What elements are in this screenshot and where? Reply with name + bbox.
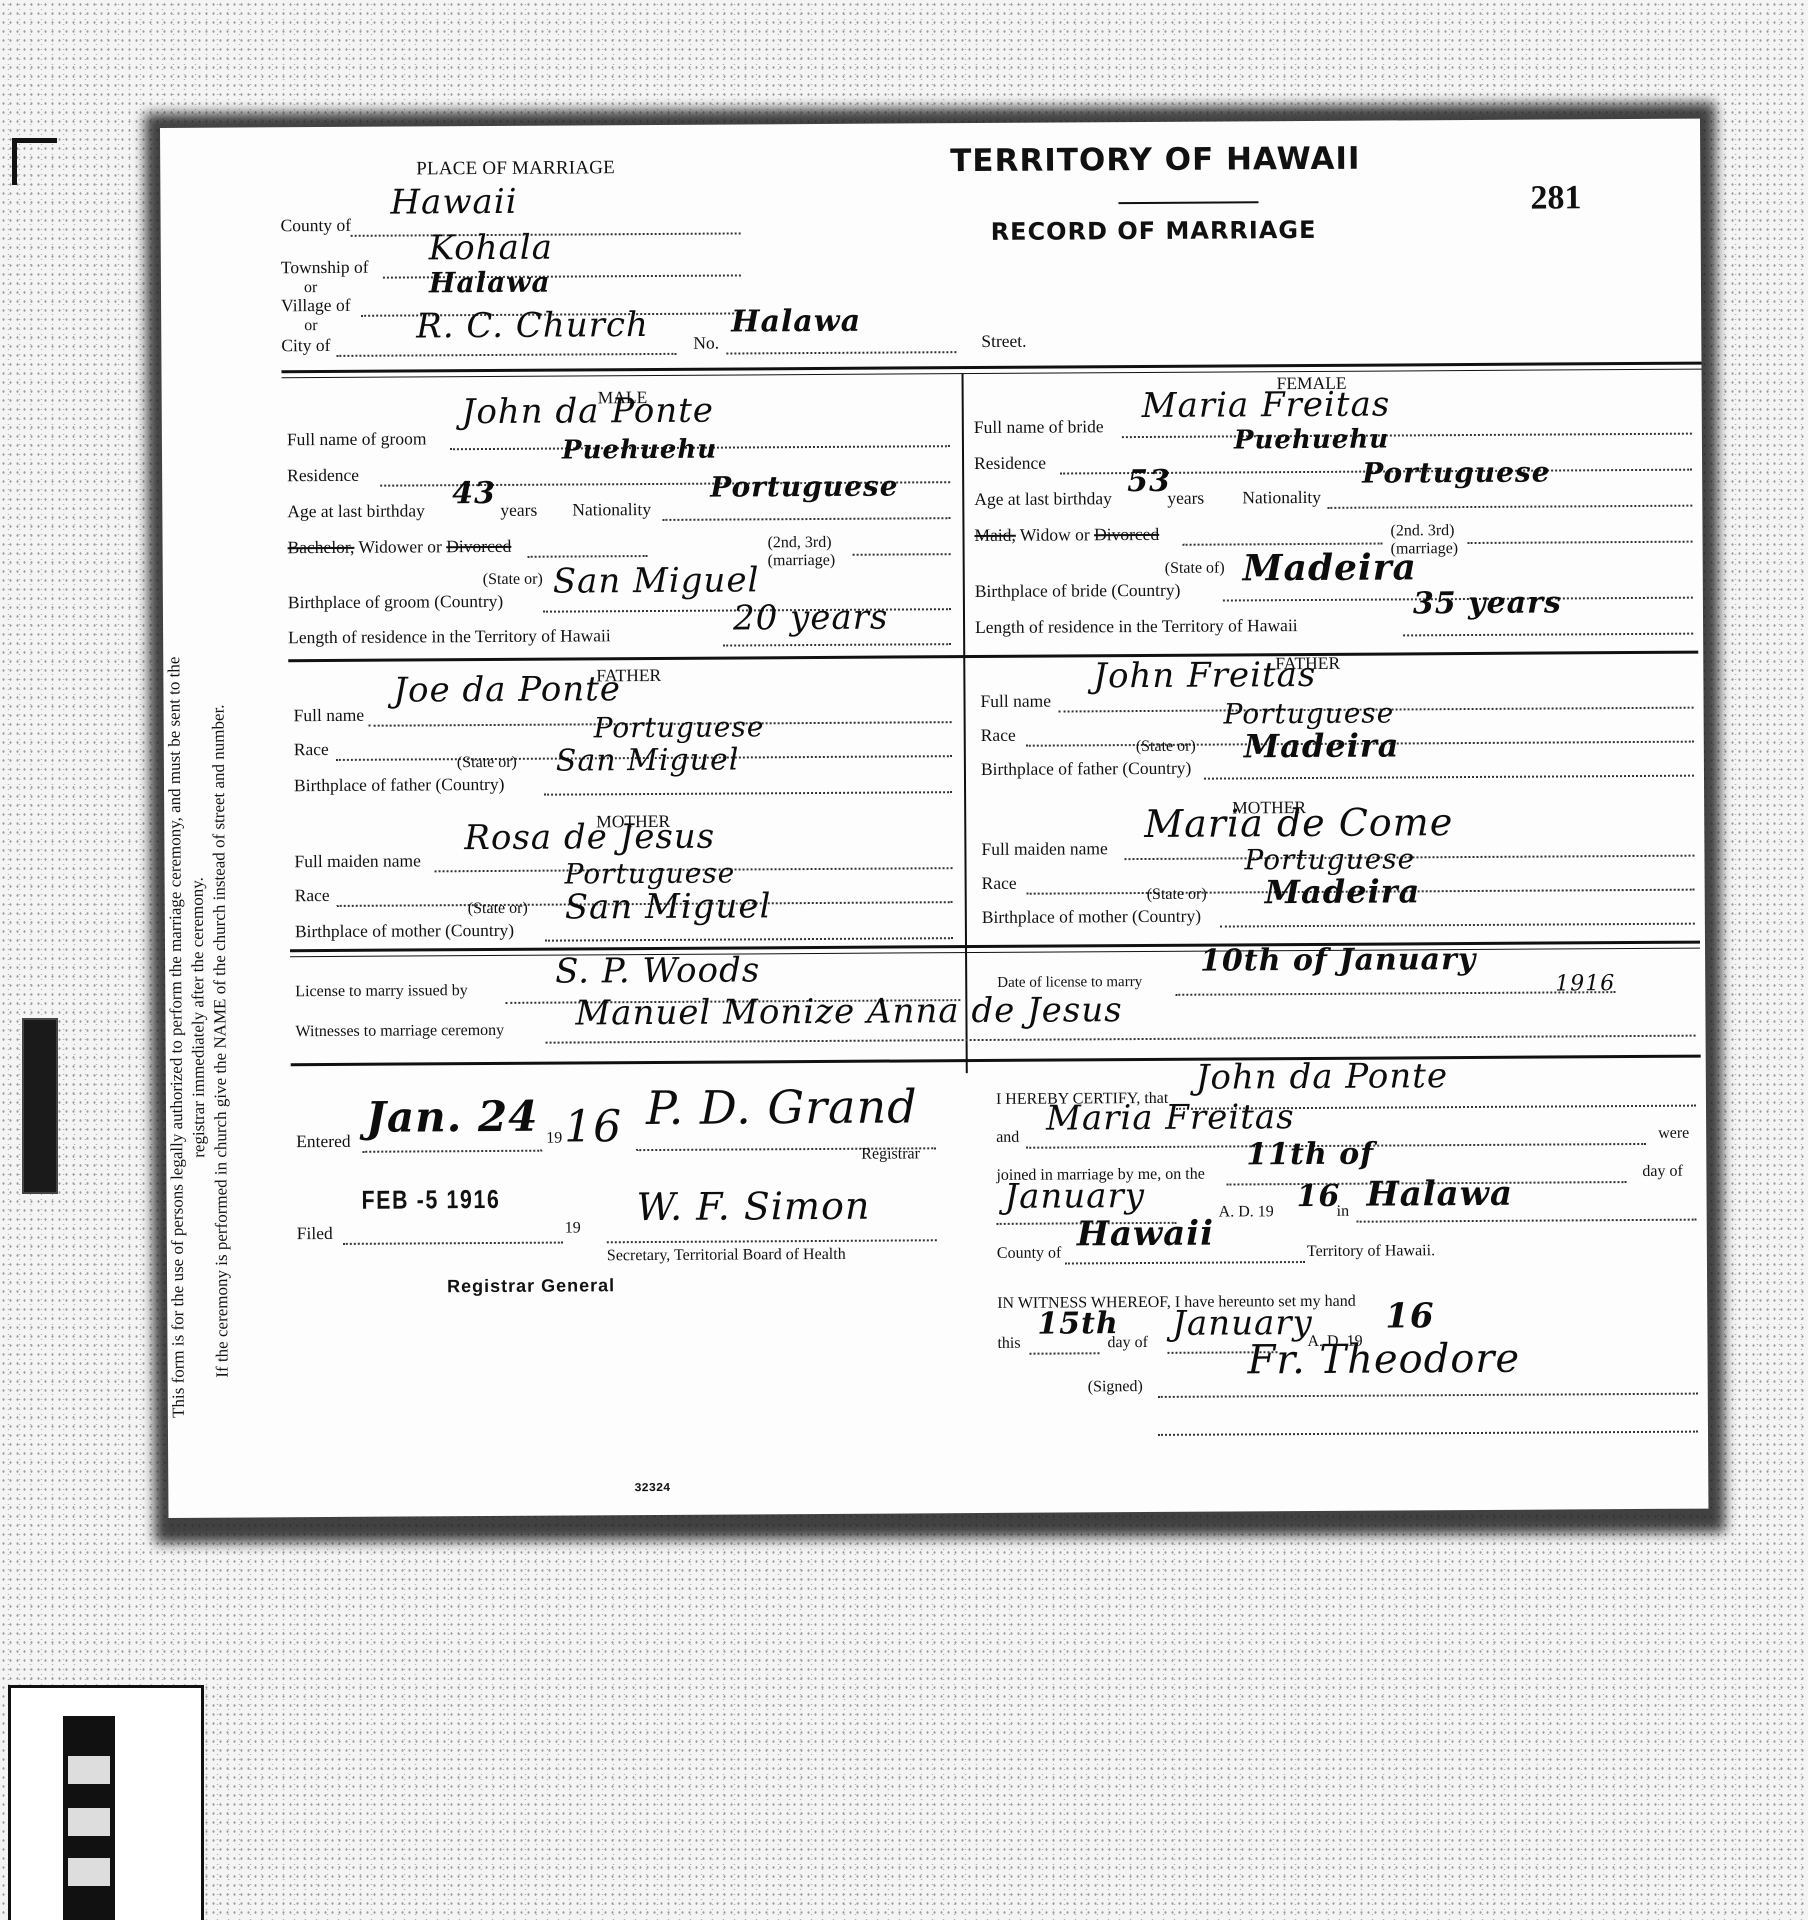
cert-county: Hawaii [1077,1214,1215,1255]
bride-mother-race-label: Race [982,873,1017,894]
license-issued-by: S. P. Woods [555,950,760,991]
column-divider [962,373,968,1073]
registrar-signature: P. D. Grand [646,1079,918,1135]
bride-name-label: Full name of bride [974,416,1104,438]
license-year: 1916 [1555,971,1615,996]
groom-marital-status: Bachelor, Widower or Divorced [288,536,512,558]
side-note-3: If the ceremony is performed in church g… [210,704,231,1377]
filed-label: Filed [297,1223,333,1244]
registrar-label: Registrar [861,1145,920,1163]
groom-residence-length-label: Length of residence in the Territory of … [288,625,611,648]
groom-marriage-number-label: (2nd, 3rd) [767,534,831,552]
marriage-place: Halawa [1366,1174,1513,1215]
groom-father-name: Joe da Ponte [393,669,621,710]
groom-birthplace: San Miguel [553,560,760,601]
bride-residence: Puehuehu [1234,424,1389,455]
status-maid-struck: Maid, [974,525,1015,545]
scan-binding-bar [22,1018,58,1194]
street-value: Halawa [731,304,861,340]
groom-father-race: Portuguese [594,710,765,744]
bride-nationality: Portuguese [1362,456,1551,490]
county-value: Hawaii [390,182,517,223]
village-value: Halawa [429,266,551,300]
bride-mother-birthplace-label: Birthplace of mother (Country) [982,906,1201,928]
groom-residence: Puehuehu [562,435,717,466]
no-label: No. [693,333,719,354]
bride-age: 53 [1127,464,1171,499]
license-issued-by-label: License to marry issued by [295,982,468,1001]
groom-father-race-label: Race [294,739,329,760]
groom-age: 43 [452,476,496,511]
sign-day-of-label: day of [1107,1334,1148,1352]
record-number: 281 [1530,179,1581,217]
form-subtitle: RECORD OF MARRIAGE [991,216,1317,246]
bride-mother-state-label: (State or) [1147,886,1207,904]
scan-calibration-target [8,1685,204,1920]
groom-mother-race: Portuguese [564,857,735,891]
bride-residence-length-label: Length of residence in the Territory of … [975,615,1298,638]
entered-year-prefix: 19 [546,1130,562,1148]
county-label: County of [281,215,352,236]
groom-father-birthplace: San Miguel [556,742,740,778]
city-label: City of [281,335,330,356]
bride-marriage-number-label: (2nd. 3rd) [1390,522,1454,540]
groom-nationality-label: Nationality [572,499,651,520]
township-label: Township of [281,257,369,279]
groom-marriage-sub-label: (marriage) [768,552,836,570]
witnesses-label: Witnesses to marriage ceremony [295,1022,504,1041]
bride-mother-name-label: Full maiden name [981,838,1108,860]
entered-year: 16 [564,1101,622,1152]
or-label-2: or [304,317,317,335]
filed-stamp: FEB -5 1916 [361,1184,500,1216]
groom-mother-race-label: Race [295,885,330,906]
groom-father-state-label: (State or) [457,754,517,772]
city-value: R. C. Church [416,305,649,346]
filed-year-prefix: 19 [565,1219,581,1237]
groom-name: John da Ponte [462,391,714,433]
form-number: 32324 [634,1481,670,1495]
license-date: 10th of January [1200,942,1476,979]
cert-county-label: County of [997,1245,1062,1263]
registrar-general-stamp: Registrar General [447,1275,615,1297]
secretary-signature: W. F. Simon [636,1184,870,1229]
marriage-month: January [1004,1176,1145,1217]
territory-label: Territory of Hawaii. [1307,1242,1435,1261]
bride-birthplace-label: Birthplace of bride (Country) [975,580,1181,602]
groom-nationality: Portuguese [710,469,899,503]
scan-corner-mark [12,138,57,185]
groom-father-name-label: Full name [294,705,365,726]
bride-state-label: (State of) [1165,560,1225,578]
bride-marital-status: Maid, Widow or Divorced [974,524,1159,546]
place-of-marriage-heading: PLACE OF MARRIAGE [416,157,615,180]
bride-years-label: years [1167,488,1204,509]
bride-father-race-label: Race [981,725,1016,746]
status-widower: Widower [358,536,423,556]
sign-year: 16 [1385,1296,1435,1336]
side-note-2: registrar immediately after the ceremony… [189,877,208,1158]
township-value: Kohala [429,228,554,269]
groom-residence-label: Residence [287,465,359,486]
groom-name-label: Full name of groom [287,428,427,450]
groom-residence-length: 20 years [733,598,889,639]
groom-years-label: years [500,500,537,521]
form-title: TERRITORY OF HAWAII [950,141,1360,180]
and-label: and [996,1129,1019,1147]
status-bachelor-struck: Bachelor, [288,537,355,557]
bride-mother-race: Portuguese [1244,842,1415,876]
bride-mother-birthplace: Madeira [1265,872,1421,911]
bride-age-label: Age at last birthday [974,488,1112,510]
entered-label: Entered [296,1131,351,1152]
certify-bride: Maria Freitas [1046,1097,1295,1139]
side-note-1: This form is for the use of persons lega… [165,657,187,1418]
bride-nationality-label: Nationality [1242,487,1321,508]
village-label: Village of [281,295,351,316]
entered-date: Jan. 24 [366,1092,539,1142]
marriage-record-form: This form is for the use of persons lega… [160,119,1708,1518]
signed-label: (Signed) [1088,1378,1143,1396]
bride-father-state-label: (State or) [1136,738,1196,756]
groom-father-birthplace-label: Birthplace of father (Country) [294,774,505,796]
title-divider [1118,201,1258,204]
groom-state-label: (State or) [483,571,543,589]
marriage-day: 11th of [1246,1137,1374,1173]
bride-father-birthplace: Madeira [1244,726,1400,765]
ad-label: A. D. 19 [1219,1203,1274,1221]
calibration-strip [63,1716,115,1920]
certify-groom: John da Ponte [1196,1056,1448,1098]
officiant-signature: Fr. Theodore [1247,1336,1520,1384]
bride-father-name: John Freitas [1093,655,1316,696]
status-widow: Widow [1020,524,1071,544]
bride-mother-name: Maria de Come [1144,800,1453,846]
day-of-label: day of [1642,1163,1683,1181]
bride-father-race: Portuguese [1223,696,1394,730]
groom-age-label: Age at last birthday [287,500,425,522]
were-label: were [1658,1125,1689,1143]
witnesses-value: Manuel Monize Anna de Jesus [575,990,1122,1033]
bride-birthplace: Madeira [1243,546,1417,589]
groom-mother-state-label: (State or) [468,900,528,918]
bride-residence-label: Residence [974,453,1046,474]
status-divorced-struck: Divorced [446,536,511,556]
secretary-label: Secretary, Territorial Board of Health [607,1246,846,1265]
status-divorced-struck: Divorced [1094,524,1159,544]
groom-mother-birthplace-label: Birthplace of mother (Country) [295,920,514,942]
groom-birthplace-label: Birthplace of groom (Country) [288,591,503,613]
bride-father-birthplace-label: Birthplace of father (Country) [981,758,1192,780]
groom-mother-name-label: Full maiden name [294,850,421,872]
groom-mother-name: Rosa de Jesus [464,817,715,859]
marriage-year: 16 [1296,1179,1340,1214]
street-label: Street. [981,331,1026,352]
bride-name: Maria Freitas [1142,384,1391,426]
bride-father-name-label: Full name [980,691,1051,712]
bride-residence-length: 35 years [1413,585,1562,621]
groom-mother-birthplace: San Miguel [565,886,772,927]
this-label: this [997,1335,1020,1353]
in-label: in [1337,1203,1350,1221]
